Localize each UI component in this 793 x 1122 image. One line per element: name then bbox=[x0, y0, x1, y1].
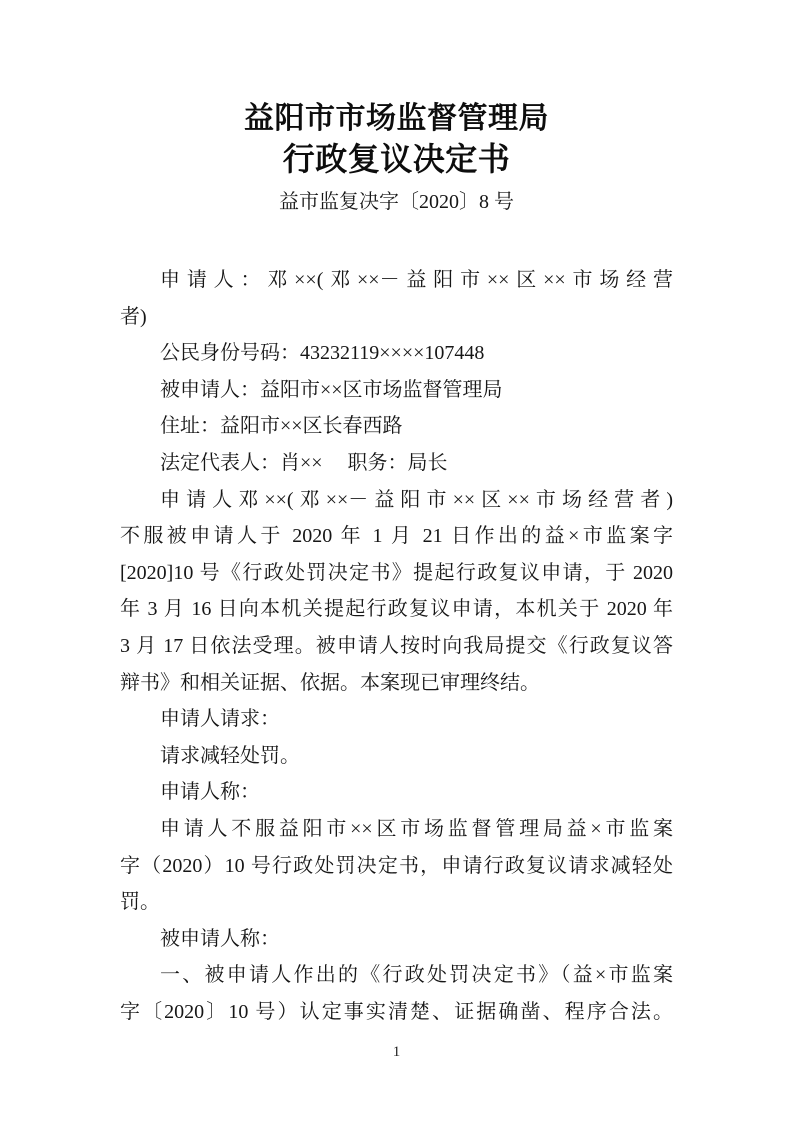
text-line: 一、被申请人作出的《行政处罚决定书》（益×市监案 bbox=[120, 957, 673, 994]
text-line: 公民身份号码：43232119××××107448 bbox=[120, 335, 673, 372]
paragraph: 公民身份号码：43232119××××107448 bbox=[120, 335, 673, 372]
text-line: 申请人请求： bbox=[120, 701, 673, 738]
text-line: 被申请人称： bbox=[120, 921, 673, 958]
paragraph: 法定代表人：肖×× 职务：局长 bbox=[120, 445, 673, 482]
text-line: 申请人不服益阳市××区市场监督管理局益×市监案 bbox=[120, 811, 673, 848]
document-title: 益阳市市场监督管理局 行政复议决定书 bbox=[120, 99, 673, 179]
text-line: 申请人邓××(邓××－益阳市××区××市场经营者) bbox=[120, 482, 673, 519]
text-line: 字（2020）10 号行政处罚决定书，申请行政复议请求减轻处 bbox=[120, 848, 673, 885]
paragraph: 请求减轻处罚。 bbox=[120, 738, 673, 775]
text-line: 字〔2020〕10 号）认定事实清楚、证据确凿、程序合法。 bbox=[120, 994, 673, 1031]
text-line: 年 3 月 16 日向本机关提起行政复议申请，本机关于 2020 年 bbox=[120, 591, 673, 628]
text-line: 罚。 bbox=[120, 884, 673, 921]
paragraph: 申请人邓××(邓××－益阳市××区××市场经营者)不服被申请人于 2020 年 … bbox=[120, 482, 673, 702]
paragraph: 住址：益阳市××区长春西路 bbox=[120, 408, 673, 445]
text-line: 申请人：邓××(邓××－益阳市××区××市场经营 bbox=[120, 262, 673, 299]
paragraph: 申请人称： bbox=[120, 774, 673, 811]
agency-name: 益阳市市场监督管理局 bbox=[120, 99, 673, 139]
text-line: 住址：益阳市××区长春西路 bbox=[120, 408, 673, 445]
document-body: 申请人：邓××(邓××－益阳市××区××市场经营者)公民身份号码：4323211… bbox=[120, 262, 673, 1030]
text-line: 被申请人：益阳市××区市场监督管理局 bbox=[120, 372, 673, 409]
document-type-title: 行政复议决定书 bbox=[120, 139, 673, 179]
text-line: 请求减轻处罚。 bbox=[120, 738, 673, 775]
paragraph: 申请人请求： bbox=[120, 701, 673, 738]
text-line: 辩书》和相关证据、依据。本案现已审理终结。 bbox=[120, 665, 673, 702]
text-line: [2020]10 号《行政处罚决定书》提起行政复议申请，于 2020 bbox=[120, 555, 673, 592]
paragraph: 申请人：邓××(邓××－益阳市××区××市场经营者) bbox=[120, 262, 673, 335]
text-line: 3 月 17 日依法受理。被申请人按时向我局提交《行政复议答 bbox=[120, 628, 673, 665]
text-line: 申请人称： bbox=[120, 774, 673, 811]
document-number: 益市监复决字〔2020〕8 号 bbox=[120, 188, 673, 216]
text-line: 不服被申请人于 2020 年 1 月 21 日作出的益×市监案字 bbox=[120, 518, 673, 555]
text-line: 者) bbox=[120, 299, 673, 336]
paragraph: 被申请人称： bbox=[120, 921, 673, 958]
document-page: 益阳市市场监督管理局 行政复议决定书 益市监复决字〔2020〕8 号 申请人：邓… bbox=[0, 0, 793, 1122]
text-line: 法定代表人：肖×× 职务：局长 bbox=[120, 445, 673, 482]
page-number: 1 bbox=[120, 1042, 673, 1062]
paragraph: 一、被申请人作出的《行政处罚决定书》（益×市监案字〔2020〕10 号）认定事实… bbox=[120, 957, 673, 1030]
paragraph: 被申请人：益阳市××区市场监督管理局 bbox=[120, 372, 673, 409]
paragraph: 申请人不服益阳市××区市场监督管理局益×市监案字（2020）10 号行政处罚决定… bbox=[120, 811, 673, 921]
